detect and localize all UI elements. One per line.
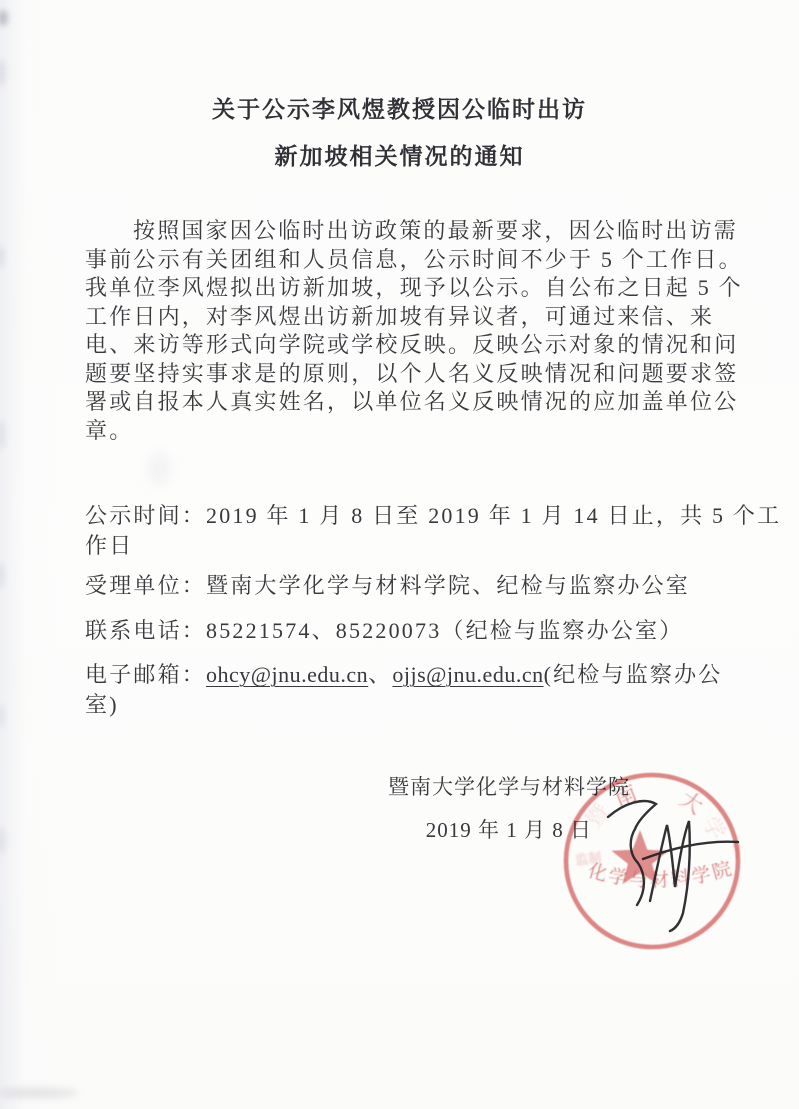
official-seal: 暨 南 大 学 化学与材料学院 监制	[550, 761, 754, 965]
publicity-period-line1: 公示时间：2019 年 1 月 8 日至 2019 年 1 月 14 日止，共 …	[85, 501, 781, 531]
email-address-1: ohcy@jnu.edu.cn	[206, 662, 368, 687]
email-label: 电子邮箱：	[85, 662, 206, 687]
seal-bottom-text: 化学与材料学院	[585, 857, 736, 892]
scan-smudge	[0, 420, 6, 450]
signature-org: 暨南大学化学与材料学院	[0, 771, 630, 801]
scanned-document-page: 关于公示李风煜教授因公临时出访 新加坡相关情况的通知 按照国家因公临时出访政策的…	[0, 0, 799, 1109]
accepting-unit-line: 受理单位：暨南大学化学与材料学院、纪检与监察办公室	[85, 571, 690, 601]
body-line: 章。	[85, 417, 733, 446]
contact-phone-line: 联系电话：85221574、85220073（纪检与监察办公室）	[85, 616, 683, 646]
scan-smudge	[0, 562, 5, 588]
contact-email-line-wrap: 室)	[85, 690, 119, 720]
notice-body: 按照国家因公临时出访政策的最新要求，因公临时出访需 事前公示有关团组和人员信息，…	[85, 217, 733, 445]
body-line: 事前公示有关团组和人员信息，公示时间不少于 5 个工作日。	[85, 246, 733, 275]
notice-title-line2: 新加坡相关情况的通知	[0, 133, 799, 180]
scan-smudge	[0, 246, 5, 268]
body-line: 按照国家因公临时出访政策的最新要求，因公临时出访需	[85, 217, 733, 246]
email-separator: 、	[368, 662, 392, 687]
body-line: 署或自报本人真实姓名，以单位名义反映情况的应加盖单位公	[85, 388, 733, 417]
email-suffix: (纪检与监察办公	[544, 662, 723, 687]
scan-blot	[148, 452, 170, 486]
email-address-2: ojjs@jnu.edu.cn	[392, 662, 543, 687]
contact-email-line: 电子邮箱：ohcy@jnu.edu.cn、ojjs@jnu.edu.cn(纪检与…	[85, 660, 723, 690]
body-line: 工作日内，对李风煜出访新加坡有异议者，可通过来信、来	[85, 303, 733, 332]
notice-title-line1: 关于公示李风煜教授因公临时出访	[0, 86, 799, 133]
signature-date: 2019 年 1 月 8 日	[0, 814, 592, 844]
body-line: 我单位李风煜拟出访新加坡，现予以公示。自公布之日起 5 个	[85, 274, 733, 303]
scan-smudge	[0, 1088, 78, 1098]
scan-smudge	[0, 704, 5, 728]
notice-title: 关于公示李风煜教授因公临时出访 新加坡相关情况的通知	[0, 86, 799, 180]
seal-side-mark: 监制	[575, 850, 603, 868]
body-line: 电、来访等形式向学院或学校反映。反映公示对象的情况和问	[85, 331, 733, 360]
scan-smudge	[0, 10, 8, 26]
scan-smudge	[0, 60, 6, 86]
body-line: 题要坚持实事求是的原则，以个人名义反映情况和问题要求签	[85, 360, 733, 389]
publicity-period-line2: 作日	[85, 531, 133, 561]
